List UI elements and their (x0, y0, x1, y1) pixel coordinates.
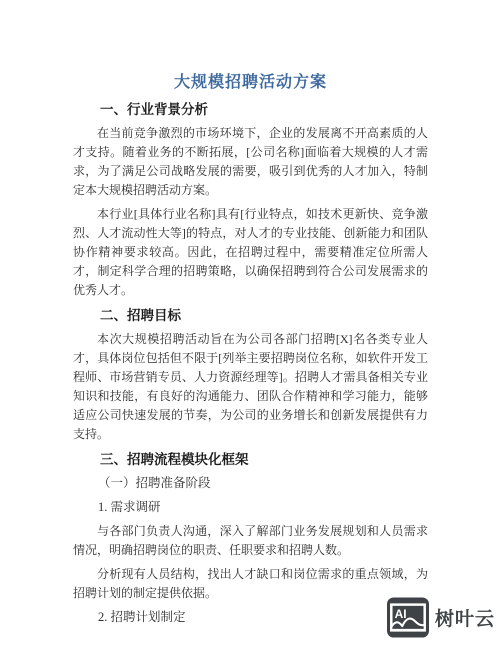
section-heading-recruitment-goal: 二、招聘目标 (73, 306, 428, 325)
section-heading-industry-background: 一、行业背景分析 (73, 100, 428, 119)
paragraph-recruitment-goal: 本次大规模招聘活动旨在为公司各部门招聘[X]名各类专业人才，具体岗位包括但不限于… (73, 330, 428, 444)
watermark-brand-text: 树叶云 (435, 604, 495, 631)
ai-icon-letters: AI (395, 607, 407, 621)
document-page: 大规模招聘活动方案 一、行业背景分析 在当前竞争激烈的市场环境下，企业的发展离不… (0, 0, 500, 647)
paragraph-demand-research-analysis: 分析现有人员结构，找出人才缺口和岗位需求的重点领域，为招聘计划的制定提供依据。 (73, 565, 428, 603)
paragraph-market-environment: 在当前竞争激烈的市场环境下，企业的发展离不开高素质的人才支持。随着业务的不断拓展… (73, 124, 428, 200)
subsection-preparation-stage: （一）招聘准备阶段 (73, 474, 428, 493)
paragraph-industry-traits: 本行业[具体行业名称]具有[行业特点，如技术更新快、竞争激烈、人才流动性大等]的… (73, 205, 428, 300)
section-heading-process-framework: 三、招聘流程模块化框架 (73, 450, 428, 469)
paragraph-demand-research-communication: 与各部门负责人沟通，深入了解部门业务发展规划和人员需求情况，明确招聘岗位的职责、… (73, 522, 428, 560)
watermark-logo: AI 树叶云 (387, 597, 495, 638)
list-item-recruitment-plan: 2. 招聘计划制定 (73, 608, 428, 627)
list-item-demand-research: 1. 需求调研 (73, 498, 428, 517)
ai-image-logo-icon: AI (387, 597, 429, 638)
document-title: 大规模招聘活动方案 (73, 72, 428, 94)
